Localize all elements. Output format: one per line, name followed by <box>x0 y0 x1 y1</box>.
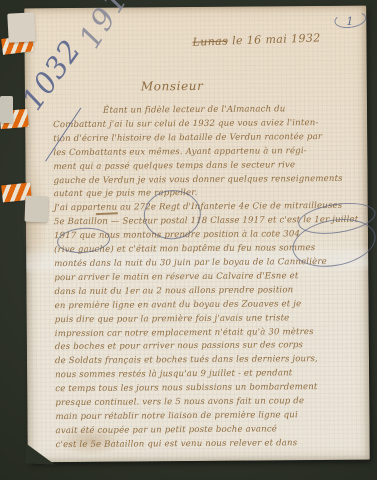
scanned-letter-view: Lunas le 16 mai 1932 Monsieur Étant un f… <box>0 0 377 480</box>
tape-patch <box>25 196 49 223</box>
dateline-place-struck: Lunas <box>192 34 228 48</box>
tape-patch <box>7 12 35 42</box>
letter-line: c'est le 5e Bataillon qui est venu nous … <box>56 436 368 452</box>
tape-patch <box>0 96 13 123</box>
dateline: Lunas le 16 mai 1932 <box>192 31 321 48</box>
letter-line: tion d'écrire l'histoire de la bataille … <box>53 130 365 146</box>
page-number-oval <box>333 10 367 31</box>
letter-page: Lunas le 16 mai 1932 Monsieur Étant un f… <box>24 6 370 463</box>
annotation-year-1917: 1917 <box>72 0 147 55</box>
letter-body: Étant un fidèle lecteur de l'Almanach du… <box>53 103 368 453</box>
dateline-date: le 16 mai 1932 <box>228 31 321 47</box>
salutation: Monsieur <box>141 79 204 93</box>
folded-corner <box>25 444 56 465</box>
